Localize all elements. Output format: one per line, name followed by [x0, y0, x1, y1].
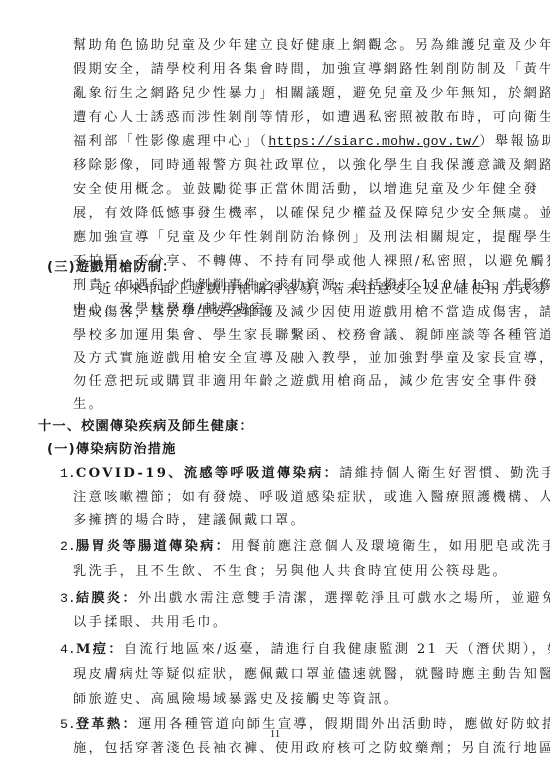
text-line: 乳洗手，且不生飲、不生食；另與他人共食時宜使用公筷母匙。: [73, 563, 508, 581]
page-number: 11: [0, 728, 550, 740]
link-suffix-text: ）舉報協助: [479, 134, 550, 149]
list-item-first-line: 4.M痘：自流行地區來/返臺，請進行自我健康監測 21 天（潛伏期），如出: [60, 641, 550, 659]
item-title: 腸胃炎等腸道傳染病：: [76, 539, 231, 554]
siarc-link[interactable]: https://siarc.mohw.gov.tw/: [268, 134, 479, 149]
section-heading: (三)遊戲用槍防制：: [47, 259, 177, 277]
item-number: 4.: [60, 642, 76, 657]
text-line: 遭有心人士誘惑而涉性剝削等情形，如遭遇私密照被散布時，可向衛生: [73, 109, 550, 127]
text-line: 多擁擠的場合時，建議佩戴口罩。: [73, 512, 306, 530]
text-line: 勿任意把玩或購買非適用年齡之遊戲用槍商品，減少危害安全事件發: [73, 373, 539, 391]
text-line: 移除影像，同時通報警方與社政單位，以強化學生自我保護意識及網路: [73, 157, 550, 175]
item-text: 請維持個人衛生好習慣、勤洗手，並: [339, 466, 550, 481]
subsection-heading: (一)傳染病防治措施: [47, 441, 177, 459]
text-line: 安全使用概念。並鼓勵從事正當休閒活動，以增進兒童及少年健全發: [73, 181, 539, 199]
link-prefix-text: 福利部「性影像處理中心」（: [73, 134, 268, 149]
item-title: M痘：: [76, 642, 124, 657]
text-line: 以手揉眼、共用毛巾。: [73, 614, 228, 632]
item-title: 結膜炎：: [76, 591, 138, 606]
text-line: 現皮膚病灶等疑似症狀，應佩戴口罩並儘速就醫，就醫時應主動告知醫: [73, 666, 550, 684]
chapter-heading: 十一、校園傳染疾病及師生健康：: [38, 418, 254, 436]
text-line: 亂象衍生之網路兒少性暴力」相關議題，避免兒童及少年無知，於網路: [73, 85, 550, 103]
list-item-first-line: 3.結膜炎：外出戲水需注意雙手清潔，選擇乾淨且可戲水之場所，並避免: [60, 590, 550, 608]
text-line: 生。: [73, 396, 104, 414]
item-text: 外出戲水需注意雙手清潔，選擇乾淨且可戲水之場所，並避免: [138, 591, 550, 606]
item-number: 3.: [60, 591, 76, 606]
text-line: 師旅遊史、高風險場域暴露史及接觸史等資訊。: [73, 691, 399, 709]
item-text: 用餐前應注意個人及環境衛生，如用肥皂或洗手: [231, 539, 550, 554]
text-line: 造成傷害，基於學生安全維護及減少因使用遊戲用槍不當造成傷害，請: [73, 304, 550, 322]
item-number: 2.: [60, 539, 76, 554]
text-line: 假期安全，請學校利用各集會時間，加強宣導網路性剝削防制及「黃牛: [73, 61, 550, 79]
text-line: 近年來市面上遊戲用槍購得容易，若未注意安全及正確使用方式易: [98, 281, 549, 299]
text-line: 注意咳嗽禮節；如有發燒、呼吸道感染症狀，或進入醫療照護機構、人: [73, 489, 550, 507]
text-line: 學校多加運用集會、學生家長聯繫函、校務會議、親師座談等各種管道: [73, 327, 550, 345]
text-line-with-link: 福利部「性影像處理中心」（https://siarc.mohw.gov.tw/）…: [73, 133, 550, 151]
text-line: 展，有效降低憾事發生機率，以確保兒少權益及保障兒少安全無虞。並: [73, 205, 550, 223]
text-line: 施，包括穿著淺色長袖衣褲、使用政府核可之防蚊藥劑；另自流行地區: [73, 740, 550, 758]
text-line: 幫助角色協助兒童及少年建立良好健康上網觀念。另為維護兒童及少年: [73, 37, 550, 55]
list-item-first-line: 1.COVID-19、流感等呼吸道傳染病：請維持個人衛生好習慣、勤洗手，並: [60, 465, 550, 483]
text-line: 應加強宣導「兒童及少年性剝削防治條例」及刑法相關規定，提醒學生: [73, 229, 550, 247]
item-number: 1.: [60, 466, 76, 481]
text-line: 及方式實施遊戲用槍安全宣導及融入教學，並加強對學童及家長宣導，: [73, 350, 550, 368]
item-title: COVID-19、流感等呼吸道傳染病：: [76, 466, 339, 481]
item-text: 自流行地區來/返臺，請進行自我健康監測 21 天（潛伏期），如出: [124, 642, 550, 657]
list-item-first-line: 2.腸胃炎等腸道傳染病：用餐前應注意個人及環境衛生，如用肥皂或洗手: [60, 538, 550, 556]
